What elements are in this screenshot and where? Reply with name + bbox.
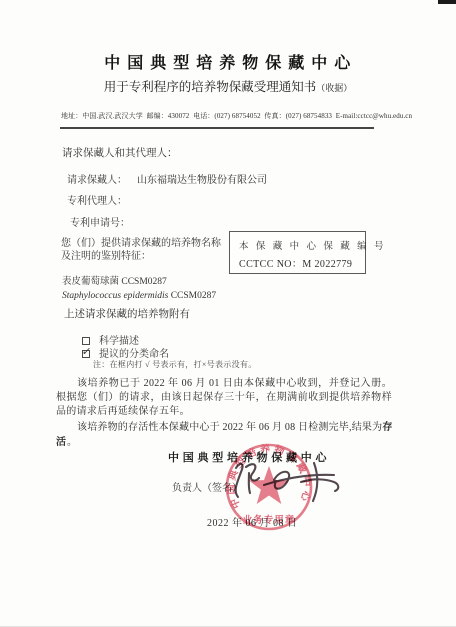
viability-period: 。 (67, 437, 77, 448)
scan-artifact-corner (438, 0, 456, 4)
body-paragraph-receipt: 该培养物已于 2022 年 06 月 01 日由本保藏中心收到，并登记入册。根据… (56, 377, 392, 418)
checkbox-taxonomy-checked: ✓ (82, 350, 90, 358)
footer-org-name: 中 国 典 型 培 养 物 保 藏 中 心 (168, 449, 327, 465)
patent-application-label: 专利申请号： (70, 214, 130, 229)
checkbox-note: 注：在框内打 √ 号表示有，打×号表示没有。 (93, 359, 257, 370)
depositor-row: 请求保藏人：山东福瑞达生物股份有限公司 (67, 171, 267, 186)
accession-no-value: M 2022779 (302, 259, 352, 270)
strain-name-latin-line: Staphylococcus epidermidis CCSM0287 (62, 290, 216, 304)
issue-date: 2022 年 06 月 08 日 (207, 514, 298, 529)
org-title: 中 国 典 型 培 养 物 保 藏 中 心 (0, 50, 456, 73)
signer-label: 负责人（签名） (172, 479, 242, 494)
culture-intro-line2: 及注明的鉴别特征： (61, 250, 246, 263)
checkbox-science-unchecked (82, 337, 90, 345)
patent-agent-label: 专利代理人： (67, 192, 127, 207)
accession-number-box: 本 保 藏 中 心 保 藏 编 号 CCTCC NO：M 2022779 (229, 231, 366, 274)
culture-intro: 您（们）提供请求保藏的培养物名称 及注明的鉴别特征： (61, 237, 246, 263)
strain-name-latin: Staphylococcus epidermidis (62, 291, 168, 301)
depositor-name: 山东福瑞达生物股份有限公司 (137, 175, 267, 186)
body-paragraph-viability: 该培养物的存活性本保藏中心于 2022 年 06 月 08 日检测完毕,结果为存… (56, 418, 400, 448)
doc-title: 用于专利程序的培养物保藏受理通知书（收据） (0, 77, 456, 95)
contact-line: 地址：中国.武汉.武汉大学 邮编：430072 电话：(027) 6875405… (61, 111, 412, 121)
checkbox-row-taxonomy: ✓提议的分类命名 (82, 345, 169, 360)
strain-names: 表皮葡萄球菌 CCSM0287 Staphylococcus epidermid… (62, 276, 216, 303)
strain-name-cn: 表皮葡萄球菌 CCSM0287 (62, 276, 216, 290)
accession-box-title: 本 保 藏 中 心 保 藏 编 号 (239, 238, 365, 252)
doc-title-note: （收据） (316, 83, 352, 93)
check-icon: ✓ (81, 345, 92, 358)
seal-star-icon (249, 466, 289, 504)
depositor-label: 请求保藏人： (67, 175, 127, 186)
accession-number-line: CCTCC NO：M 2022779 (239, 255, 365, 270)
viability-text: 该培养物的存活性本保藏中心于 2022 年 06 月 08 日检测完毕,结果为 (77, 422, 382, 433)
attachments-heading: 上述请求保藏的培养物附有 (64, 306, 190, 321)
accession-no-label: CCTCC NO： (239, 259, 302, 270)
scanned-document-page: 中 国 典 型 培 养 物 保 藏 中 心 用于专利程序的培养物保藏受理通知书（… (0, 0, 456, 627)
doc-title-text: 用于专利程序的培养物保藏受理通知书 (104, 80, 317, 94)
parties-section-heading: 请求保藏人和其代理人： (62, 145, 178, 160)
culture-intro-line1: 您（们）提供请求保藏的培养物名称 (61, 237, 246, 250)
header-divider (60, 127, 374, 129)
strain-code: CCSM0287 (171, 291, 216, 301)
